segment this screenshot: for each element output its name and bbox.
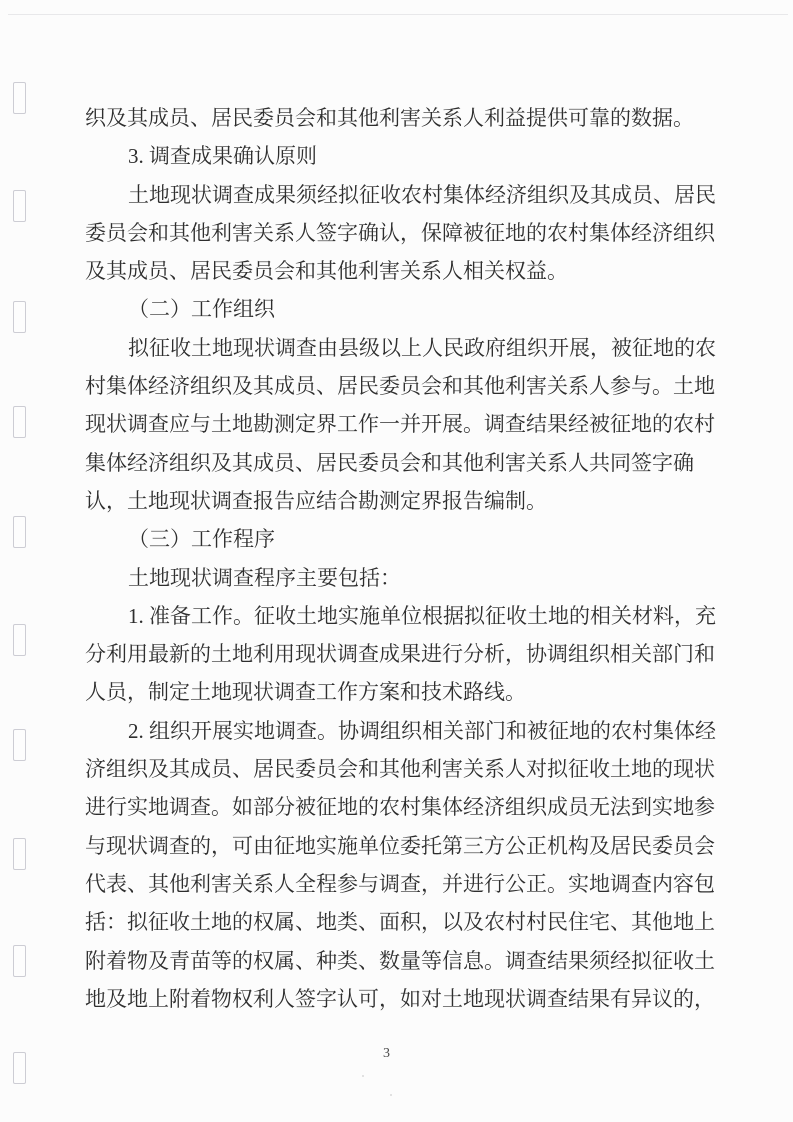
binding-hole-mark xyxy=(13,301,26,333)
binding-hole-mark xyxy=(13,190,26,222)
text-line: 拟征收土地现状调查由县级以上人民政府组织开展，被征地的农 xyxy=(85,329,711,367)
binding-hole-mark xyxy=(13,729,26,761)
text-line: 认，土地现状调查报告应结合勘测定界报告编制。 xyxy=(85,482,711,520)
text-line: （三）工作程序 xyxy=(85,520,711,558)
binding-hole-mark xyxy=(13,838,26,870)
page-number: 3 xyxy=(383,1046,390,1062)
text-line: 1. 准备工作。征收土地实施单位根据拟征收土地的相关材料，充 xyxy=(85,597,711,635)
binding-hole-mark xyxy=(13,82,26,114)
text-line: 3. 调查成果确认原则 xyxy=(85,137,711,175)
text-line: 2. 组织开展实地调查。协调组织相关部门和被征地的农村集体经 xyxy=(85,712,711,750)
text-line: 分利用最新的土地利用现状调查成果进行分析，协调组织相关部门和 xyxy=(85,635,711,673)
scan-speck xyxy=(390,1094,392,1096)
text-line: 土地现状调查程序主要包括： xyxy=(85,559,711,597)
scan-speck xyxy=(362,1075,364,1077)
text-line: 委员会和其他利害关系人签字确认，保障被征地的农村集体经济组织 xyxy=(85,214,711,252)
text-line: 织及其成员、居民委员会和其他利害关系人利益提供可靠的数据。 xyxy=(85,99,711,137)
text-line: 村集体经济组织及其成员、居民委员会和其他利害关系人参与。土地 xyxy=(85,367,711,405)
binding-hole-mark xyxy=(13,945,26,977)
text-line: 代表、其他利害关系人全程参与调查，并进行公正。实地调查内容包 xyxy=(85,865,711,903)
text-line: 人员，制定土地现状调查工作方案和技术路线。 xyxy=(85,673,711,711)
binding-hole-mark xyxy=(13,1052,26,1084)
text-line: 进行实地调查。如部分被征地的农村集体经济组织成员无法到实地参 xyxy=(85,788,711,826)
text-line: 地及地上附着物权利人签字认可，如对土地现状调查结果有异议的， xyxy=(85,980,711,1018)
binding-hole-mark xyxy=(13,624,26,656)
binding-hole-mark xyxy=(13,516,26,548)
scan-artifact-line xyxy=(8,14,788,15)
text-line: 现状调查应与土地勘测定界工作一并开展。调查结果经被征地的农村 xyxy=(85,405,711,443)
text-line: 济组织及其成员、居民委员会和其他利害关系人对拟征收土地的现状 xyxy=(85,750,711,788)
text-line: 括：拟征收土地的权属、地类、面积，以及农村村民住宅、其他地上 xyxy=(85,903,711,941)
scanned-document-page: 织及其成员、居民委员会和其他利害关系人利益提供可靠的数据。 3. 调查成果确认原… xyxy=(0,0,793,1122)
text-line: 集体经济组织及其成员、居民委员会和其他利害关系人共同签字确 xyxy=(85,444,711,482)
text-line: 与现状调查的，可由征地实施单位委托第三方公正机构及居民委员会 xyxy=(85,827,711,865)
text-line: 及其成员、居民委员会和其他利害关系人相关权益。 xyxy=(85,252,711,290)
binding-hole-mark xyxy=(13,406,26,438)
text-line: 附着物及青苗等的权属、种类、数量等信息。调查结果须经拟征收土 xyxy=(85,942,711,980)
document-text-body: 织及其成员、居民委员会和其他利害关系人利益提供可靠的数据。 3. 调查成果确认原… xyxy=(85,99,711,1018)
text-line: 土地现状调查成果须经拟征收农村集体经济组织及其成员、居民 xyxy=(85,176,711,214)
text-line: （二）工作组织 xyxy=(85,290,711,328)
